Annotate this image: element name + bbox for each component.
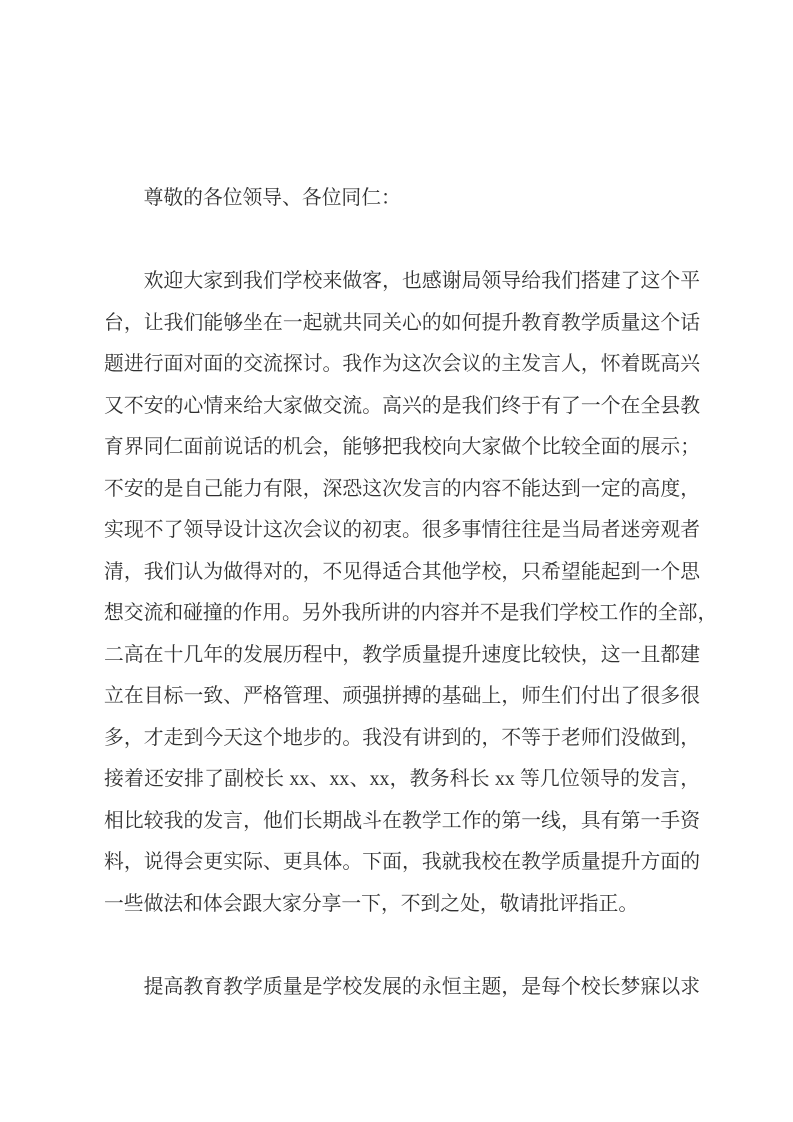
text-line: 多，才走到今天这个地步的。我没有讲到的，不等于老师们没做到， [104,718,700,760]
text-line: 不安的是自己能力有限，深恐这次发言的内容不能达到一定的高度， [104,469,700,511]
text-line: 实现不了领导设计这次会议的初衷。很多事情往往是当局者迷旁观者 [104,510,700,552]
document-body: 尊敬的各位领导、各位同仁：欢迎大家到我们学校来做客，也感谢局领导给我们搭建了这个… [104,178,700,1050]
text-line: 料，说得会更实际、更具体。下面，我就我校在教学质量提升方面的 [104,842,700,884]
text-line: 育界同仁面前说话的机会，能够把我校向大家做个比较全面的展示； [104,427,700,469]
text-line: 相比较我的发言，他们长期战斗在教学工作的第一线，具有第一手资 [104,801,700,843]
text-line: 接着还安排了副校长 xx、xx、xx，教务科长 xx 等几位领导的发言， [104,759,700,801]
text-line: 提高教育教学质量是学校发展的永恒主题，是每个校长梦寐以求 [104,967,700,1009]
paragraph-1: 欢迎大家到我们学校来做客，也感谢局领导给我们搭建了这个平台，让我们能够坐在一起就… [104,261,700,925]
paragraph-2: 提高教育教学质量是学校发展的永恒主题，是每个校长梦寐以求 [104,967,700,1009]
text-line: 题进行面对面的交流探讨。我作为这次会议的主发言人，怀着既高兴 [104,344,700,386]
text-line: 立在目标一致、严格管理、顽强拼搏的基础上，师生们付出了很多很 [104,676,700,718]
salutation: 尊敬的各位领导、各位同仁： [104,178,700,220]
text-line: 尊敬的各位领导、各位同仁： [104,178,700,220]
text-line: 一些做法和体会跟大家分享一下，不到之处，敬请批评指正。 [104,884,700,926]
text-line: 又不安的心情来给大家做交流。高兴的是我们终于有了一个在全县教 [104,386,700,428]
text-line: 清，我们认为做得对的，不见得适合其他学校，只希望能起到一个思 [104,552,700,594]
document-page: 尊敬的各位领导、各位同仁：欢迎大家到我们学校来做客，也感谢局领导给我们搭建了这个… [0,0,793,1122]
text-line: 欢迎大家到我们学校来做客，也感谢局领导给我们搭建了这个平 [104,261,700,303]
text-line: 想交流和碰撞的作用。另外我所讲的内容并不是我们学校工作的全部， [104,593,700,635]
text-line: 台，让我们能够坐在一起就共同关心的如何提升教育教学质量这个话 [104,303,700,345]
text-line: 二高在十几年的发展历程中，教学质量提升速度比较快，这一且都建 [104,635,700,677]
